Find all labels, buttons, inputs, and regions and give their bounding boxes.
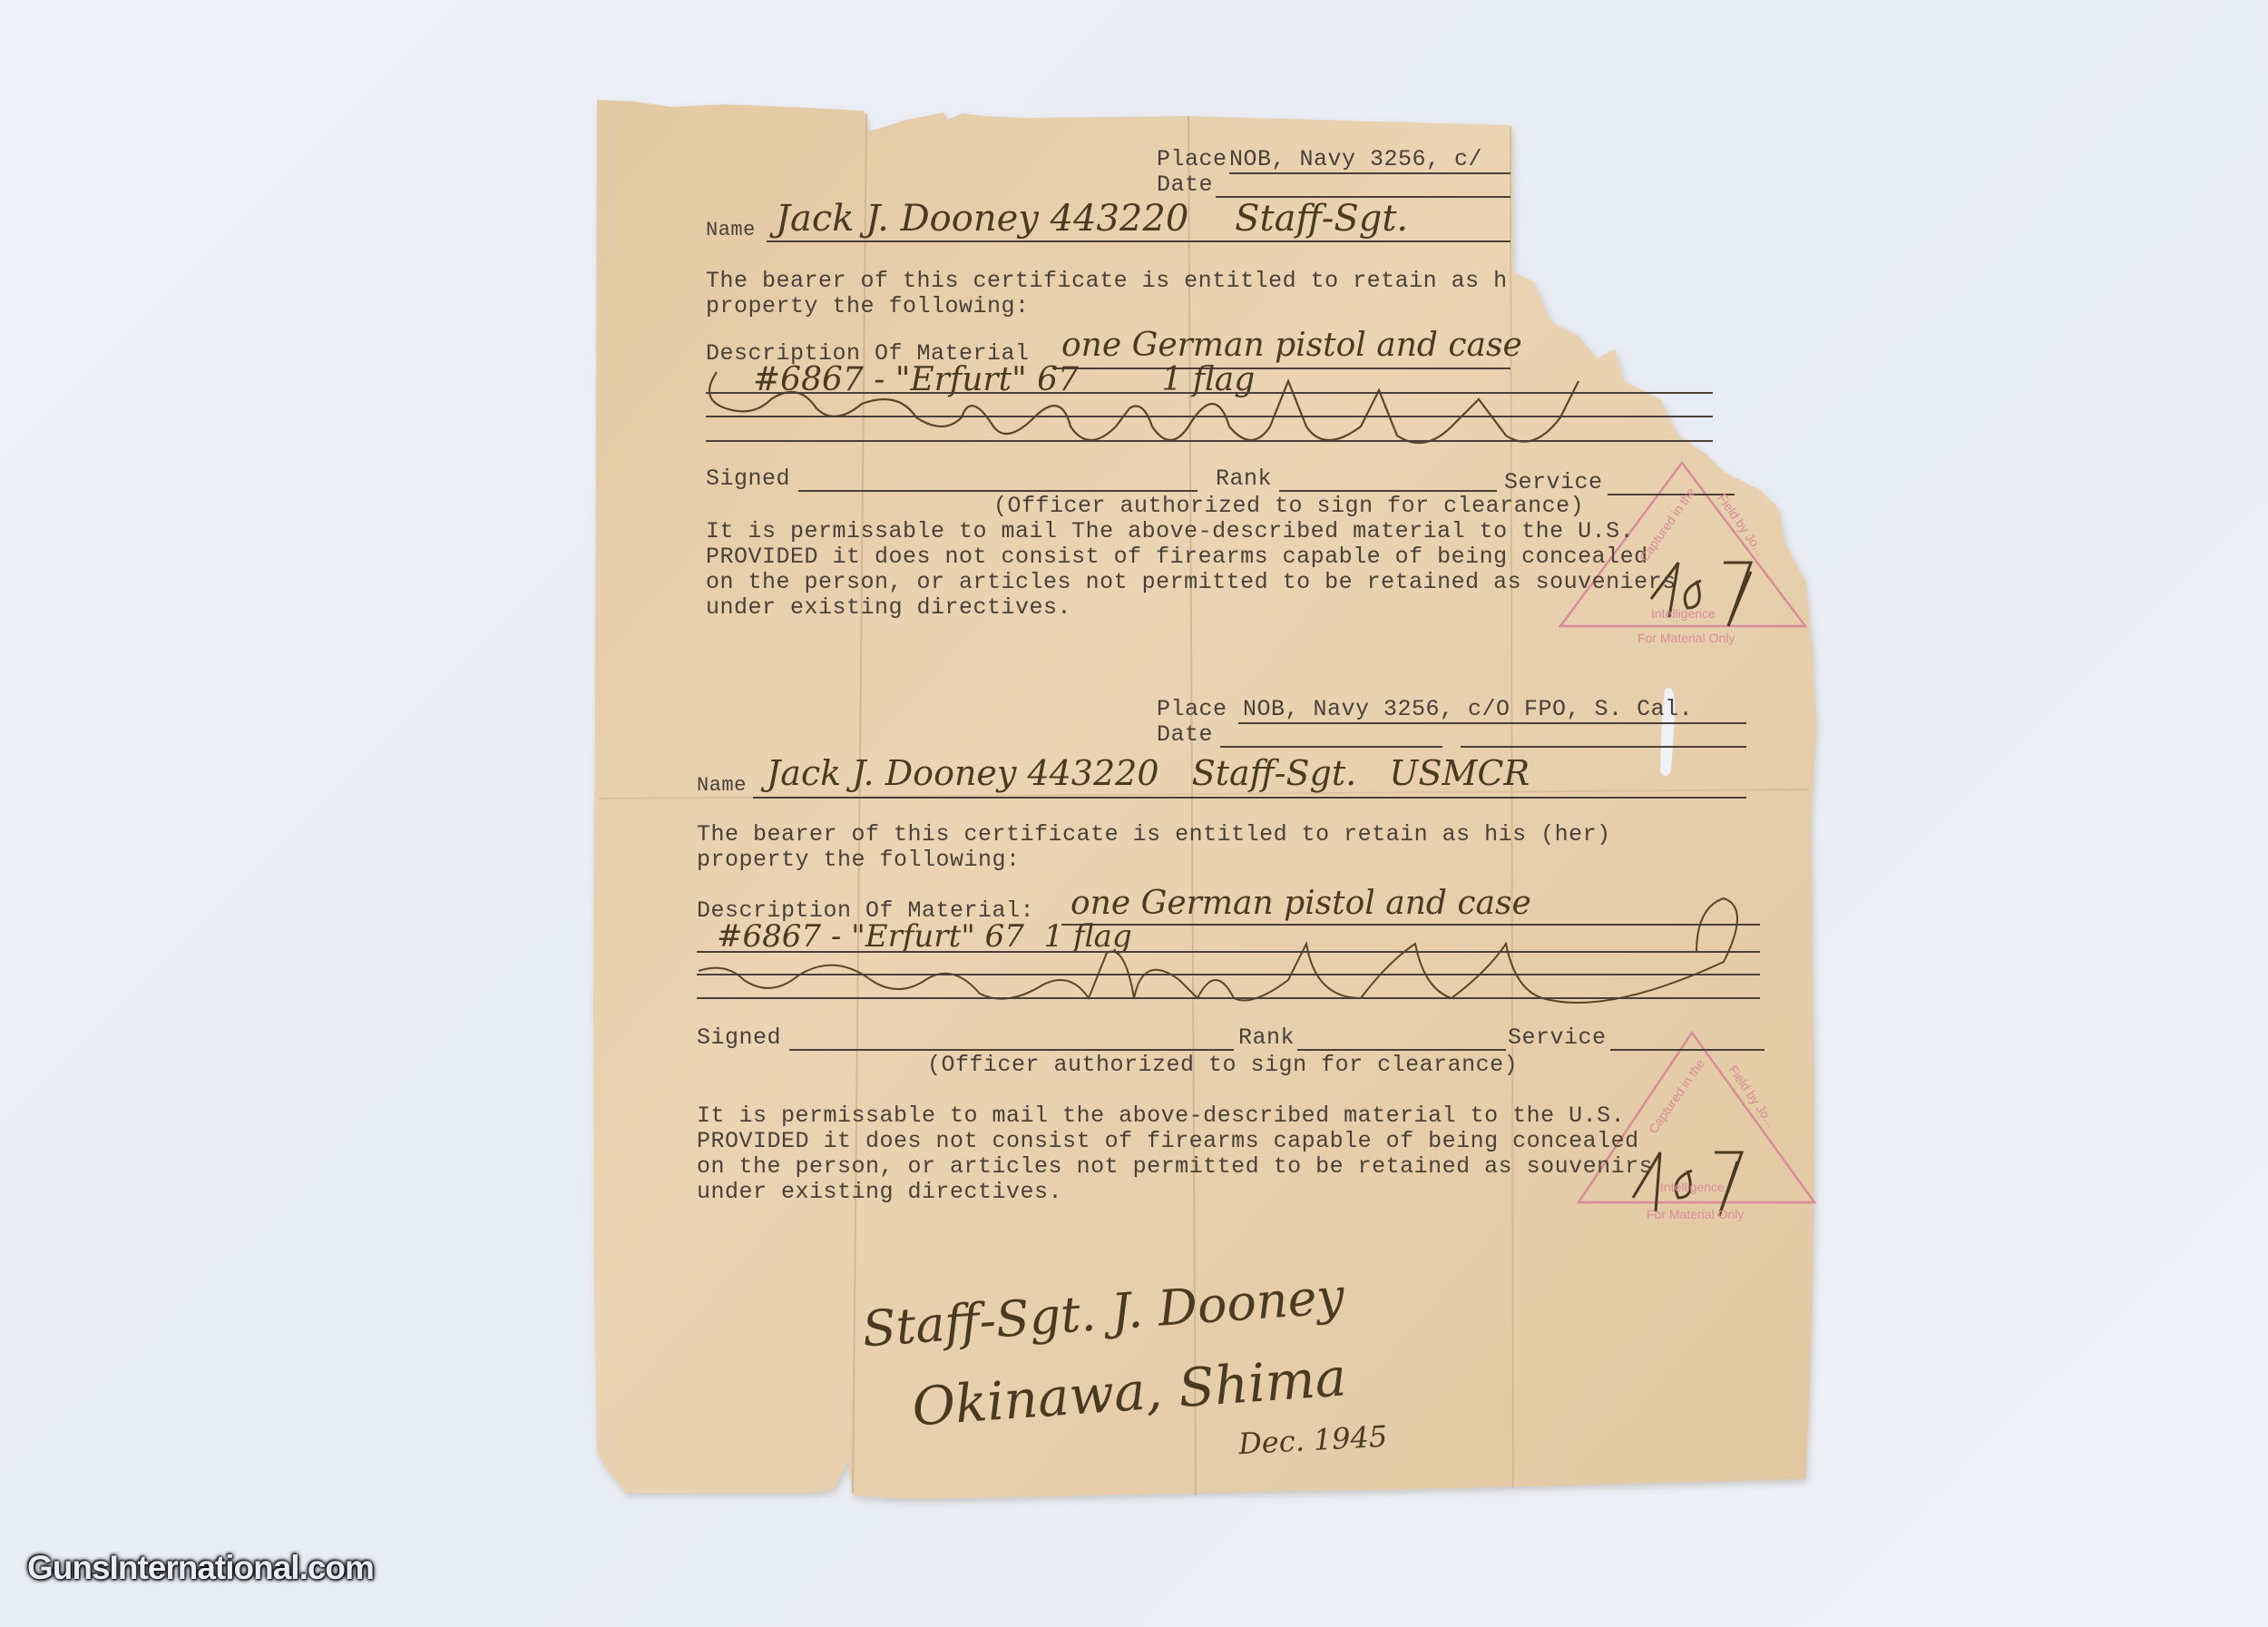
stamp-bottom-text: For Material Only: [1637, 631, 1735, 645]
place-value: NOB, Navy 3256, c/: [1229, 147, 1482, 172]
signed-line: [798, 490, 1198, 492]
description-underline-1: [1061, 924, 1760, 926]
place-label: Place: [1157, 147, 1227, 172]
name-underline: [753, 797, 1746, 799]
mail-text-line-1: It is permissable to mail The above-desc…: [706, 519, 1634, 544]
place-label: Place: [1157, 697, 1227, 722]
description-line-1: one German pistol and case: [1070, 885, 1531, 922]
mail-text-line-3: on the person, or articles not permitted…: [697, 1154, 1653, 1180]
rank-line: [1279, 490, 1497, 492]
description-underline-4: [706, 440, 1713, 442]
mail-text-line-1: It is permissable to mail the above-desc…: [697, 1103, 1625, 1129]
certificate-paper: Place NOB, Navy 3256, c/ Date Name Jack …: [0, 0, 2268, 1627]
stamp-inner-text: Intelligence: [1651, 606, 1716, 621]
bearer-text-line-1: The bearer of this certificate is entitl…: [706, 269, 1508, 294]
bearer-text-line-2: property the following:: [697, 848, 1021, 873]
service-line: [1610, 1049, 1765, 1051]
name-label: Name: [697, 773, 747, 799]
rank-line: [1297, 1049, 1506, 1051]
place-underline: [1229, 172, 1510, 174]
officer-note: (Officer authorized to sign for clearanc…: [927, 1053, 1518, 1078]
description-underline-3: [697, 974, 1760, 975]
rank-label: Rank: [1216, 466, 1272, 492]
mail-text-line-2: PROVIDED it does not consist of firearms…: [697, 1129, 1639, 1154]
place-value: NOB, Navy 3256, c/O FPO, S. Cal.: [1243, 697, 1693, 722]
mail-text-line-4: under existing directives.: [706, 595, 1071, 621]
name-underline: [767, 240, 1510, 242]
description-underline-3: [706, 416, 1713, 417]
name-label: Name: [706, 218, 756, 243]
watermark-logo: GunsInternational.com: [27, 1549, 374, 1587]
name-value-handwritten: Jack J. Dooney 443220 Staff-Sgt. USMCR: [767, 753, 1530, 793]
place-underline: [1238, 722, 1746, 724]
service-line: [1608, 494, 1735, 495]
signed-label: Signed: [697, 1025, 781, 1051]
officer-note: (Officer authorized to sign for clearanc…: [993, 494, 1584, 519]
mail-text-line-3: on the person, or articles not permitted…: [706, 570, 1677, 595]
date-label: Date: [1157, 722, 1213, 748]
signed-line: [789, 1049, 1234, 1051]
rank-label: Rank: [1238, 1025, 1295, 1051]
bearer-text-line-2: property the following:: [706, 294, 1030, 319]
bearer-text-line-1: The bearer of this certificate is entitl…: [697, 822, 1611, 848]
service-label: Service: [1508, 1025, 1607, 1051]
date-underline-a: [1220, 746, 1442, 748]
description-line-1: one German pistol and case: [1061, 327, 1522, 364]
description-line-2: #6867 - "Erfurt" 67 1 flag: [717, 918, 1132, 955]
description-underline-2: [706, 392, 1713, 394]
stamp-inner-text: Intelligence: [1660, 1180, 1725, 1194]
description-underline-4: [697, 997, 1760, 999]
mail-text-line-4: under existing directives.: [697, 1180, 1062, 1205]
stamp-bottom-text: For Material Only: [1647, 1207, 1744, 1221]
signed-label: Signed: [706, 466, 790, 492]
description-underline-2: [697, 951, 1760, 953]
mail-text-line-2: PROVIDED it does not consist of firearms…: [706, 544, 1648, 570]
date-underline-b: [1461, 746, 1746, 748]
name-value-handwritten: Jack J. Dooney 443220 Staff-Sgt.: [776, 198, 1408, 240]
service-label: Service: [1504, 470, 1603, 495]
date-label: Date: [1157, 172, 1213, 198]
